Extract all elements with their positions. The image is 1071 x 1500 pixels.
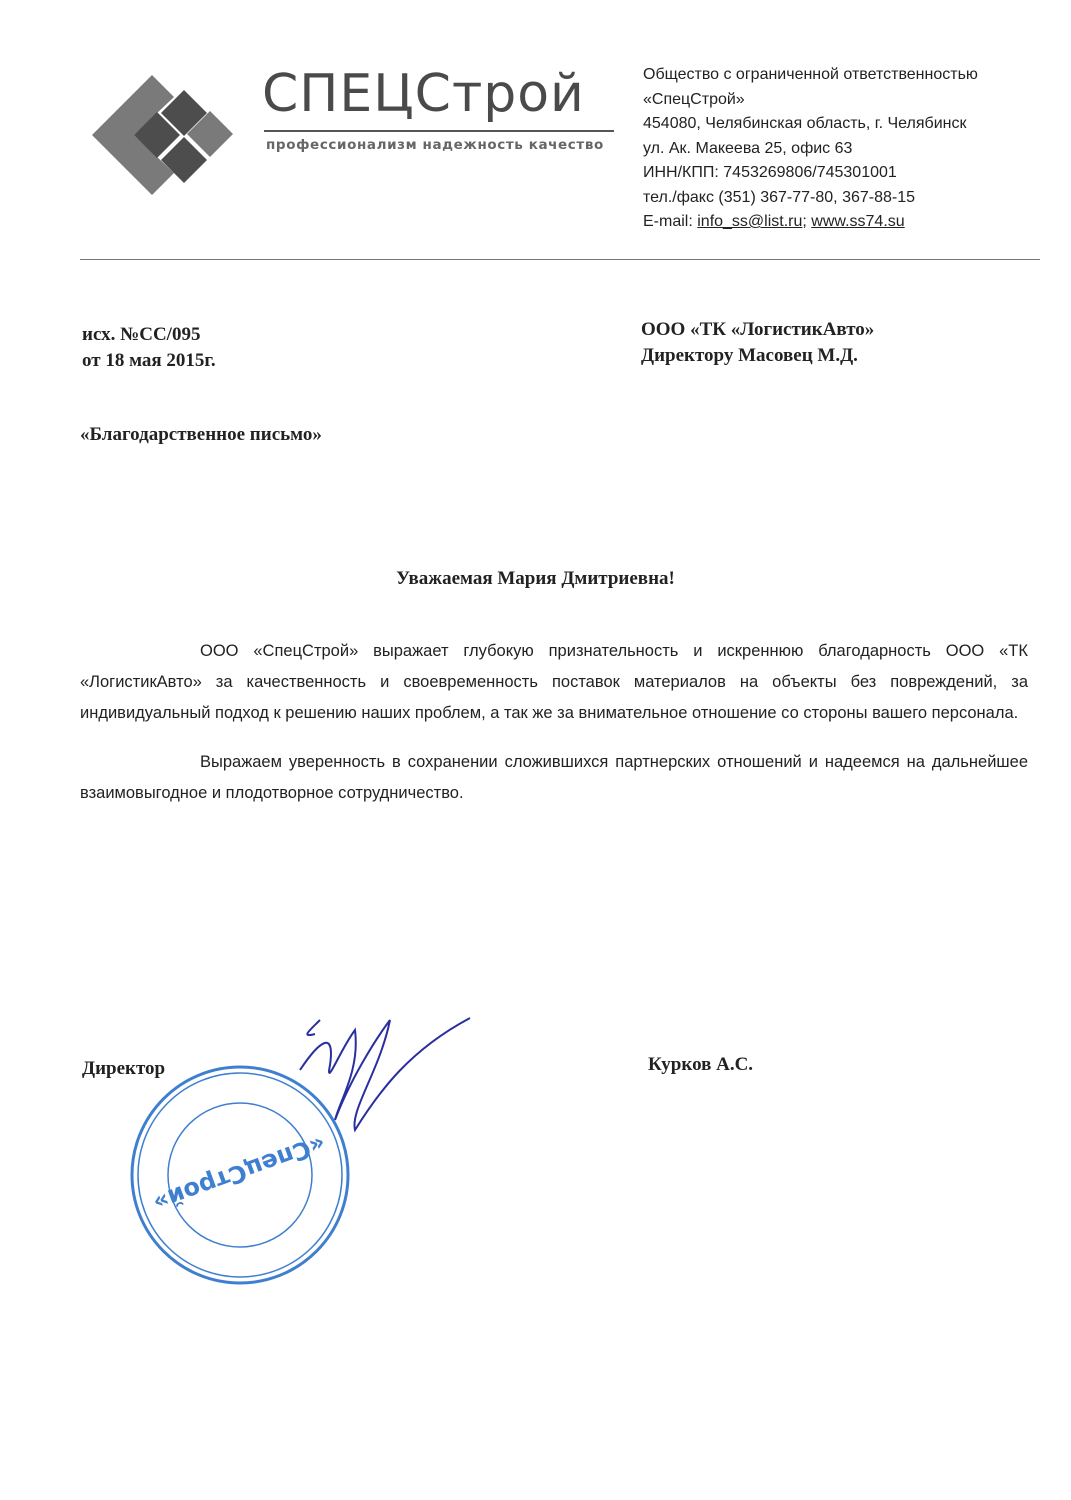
signer-name: Курков А.С. (648, 1054, 753, 1076)
addressee-company: ООО «ТК «ЛогистикАвто» (641, 317, 874, 343)
signature-icon (280, 1010, 490, 1140)
company-contacts: E-mail: info_ss@list.ru; www.ss74.su (643, 210, 978, 235)
addressee-person: Директору Масовец М.Д. (641, 343, 874, 369)
company-name: «СпецСтрой» (643, 88, 978, 113)
letter-date: от 18 мая 2015г. (82, 348, 216, 374)
letter-body: ООО «СпецСтрой» выражает глубокую призна… (80, 636, 1028, 827)
body-paragraph: ООО «СпецСтрой» выражает глубокую призна… (80, 636, 1028, 729)
logo-tagline: профессионализм надежность качество (266, 137, 604, 153)
logo-title: СПЕЦСтрой (262, 68, 585, 120)
company-tax-ids: ИНН/КПП: 7453269806/745301001 (643, 161, 978, 186)
website-link[interactable]: www.ss74.su (811, 213, 904, 230)
reference-block: исх. №СС/095 от 18 мая 2015г. (82, 322, 216, 374)
company-address-street: ул. Ак. Макеева 25, офис 63 (643, 137, 978, 162)
outgoing-number: исх. №СС/095 (82, 322, 216, 348)
letter-subject: «Благодарственное письмо» (80, 424, 322, 446)
body-paragraph: Выражаем уверенность в сохранении сложив… (80, 747, 1028, 809)
salutation: Уважаемая Мария Дмитриевна! (0, 568, 1071, 590)
company-info: Общество с ограниченной ответственностью… (643, 63, 978, 235)
email-link[interactable]: info_ss@list.ru (697, 213, 802, 230)
signer-title: Директор (82, 1058, 165, 1080)
contact-separator: ; (802, 213, 811, 230)
company-logo-icon (92, 70, 262, 200)
company-address-city: 454080, Челябинская область, г. Челябинс… (643, 112, 978, 137)
header-divider (80, 259, 1040, 260)
addressee-block: ООО «ТК «ЛогистикАвто» Директору Масовец… (641, 317, 874, 369)
company-phone: тел./факс (351) 367-77-80, 367-88-15 (643, 186, 978, 211)
company-legal-form: Общество с ограниченной ответственностью (643, 63, 978, 88)
email-label: E-mail: (643, 213, 697, 230)
logo-underline (264, 130, 614, 132)
